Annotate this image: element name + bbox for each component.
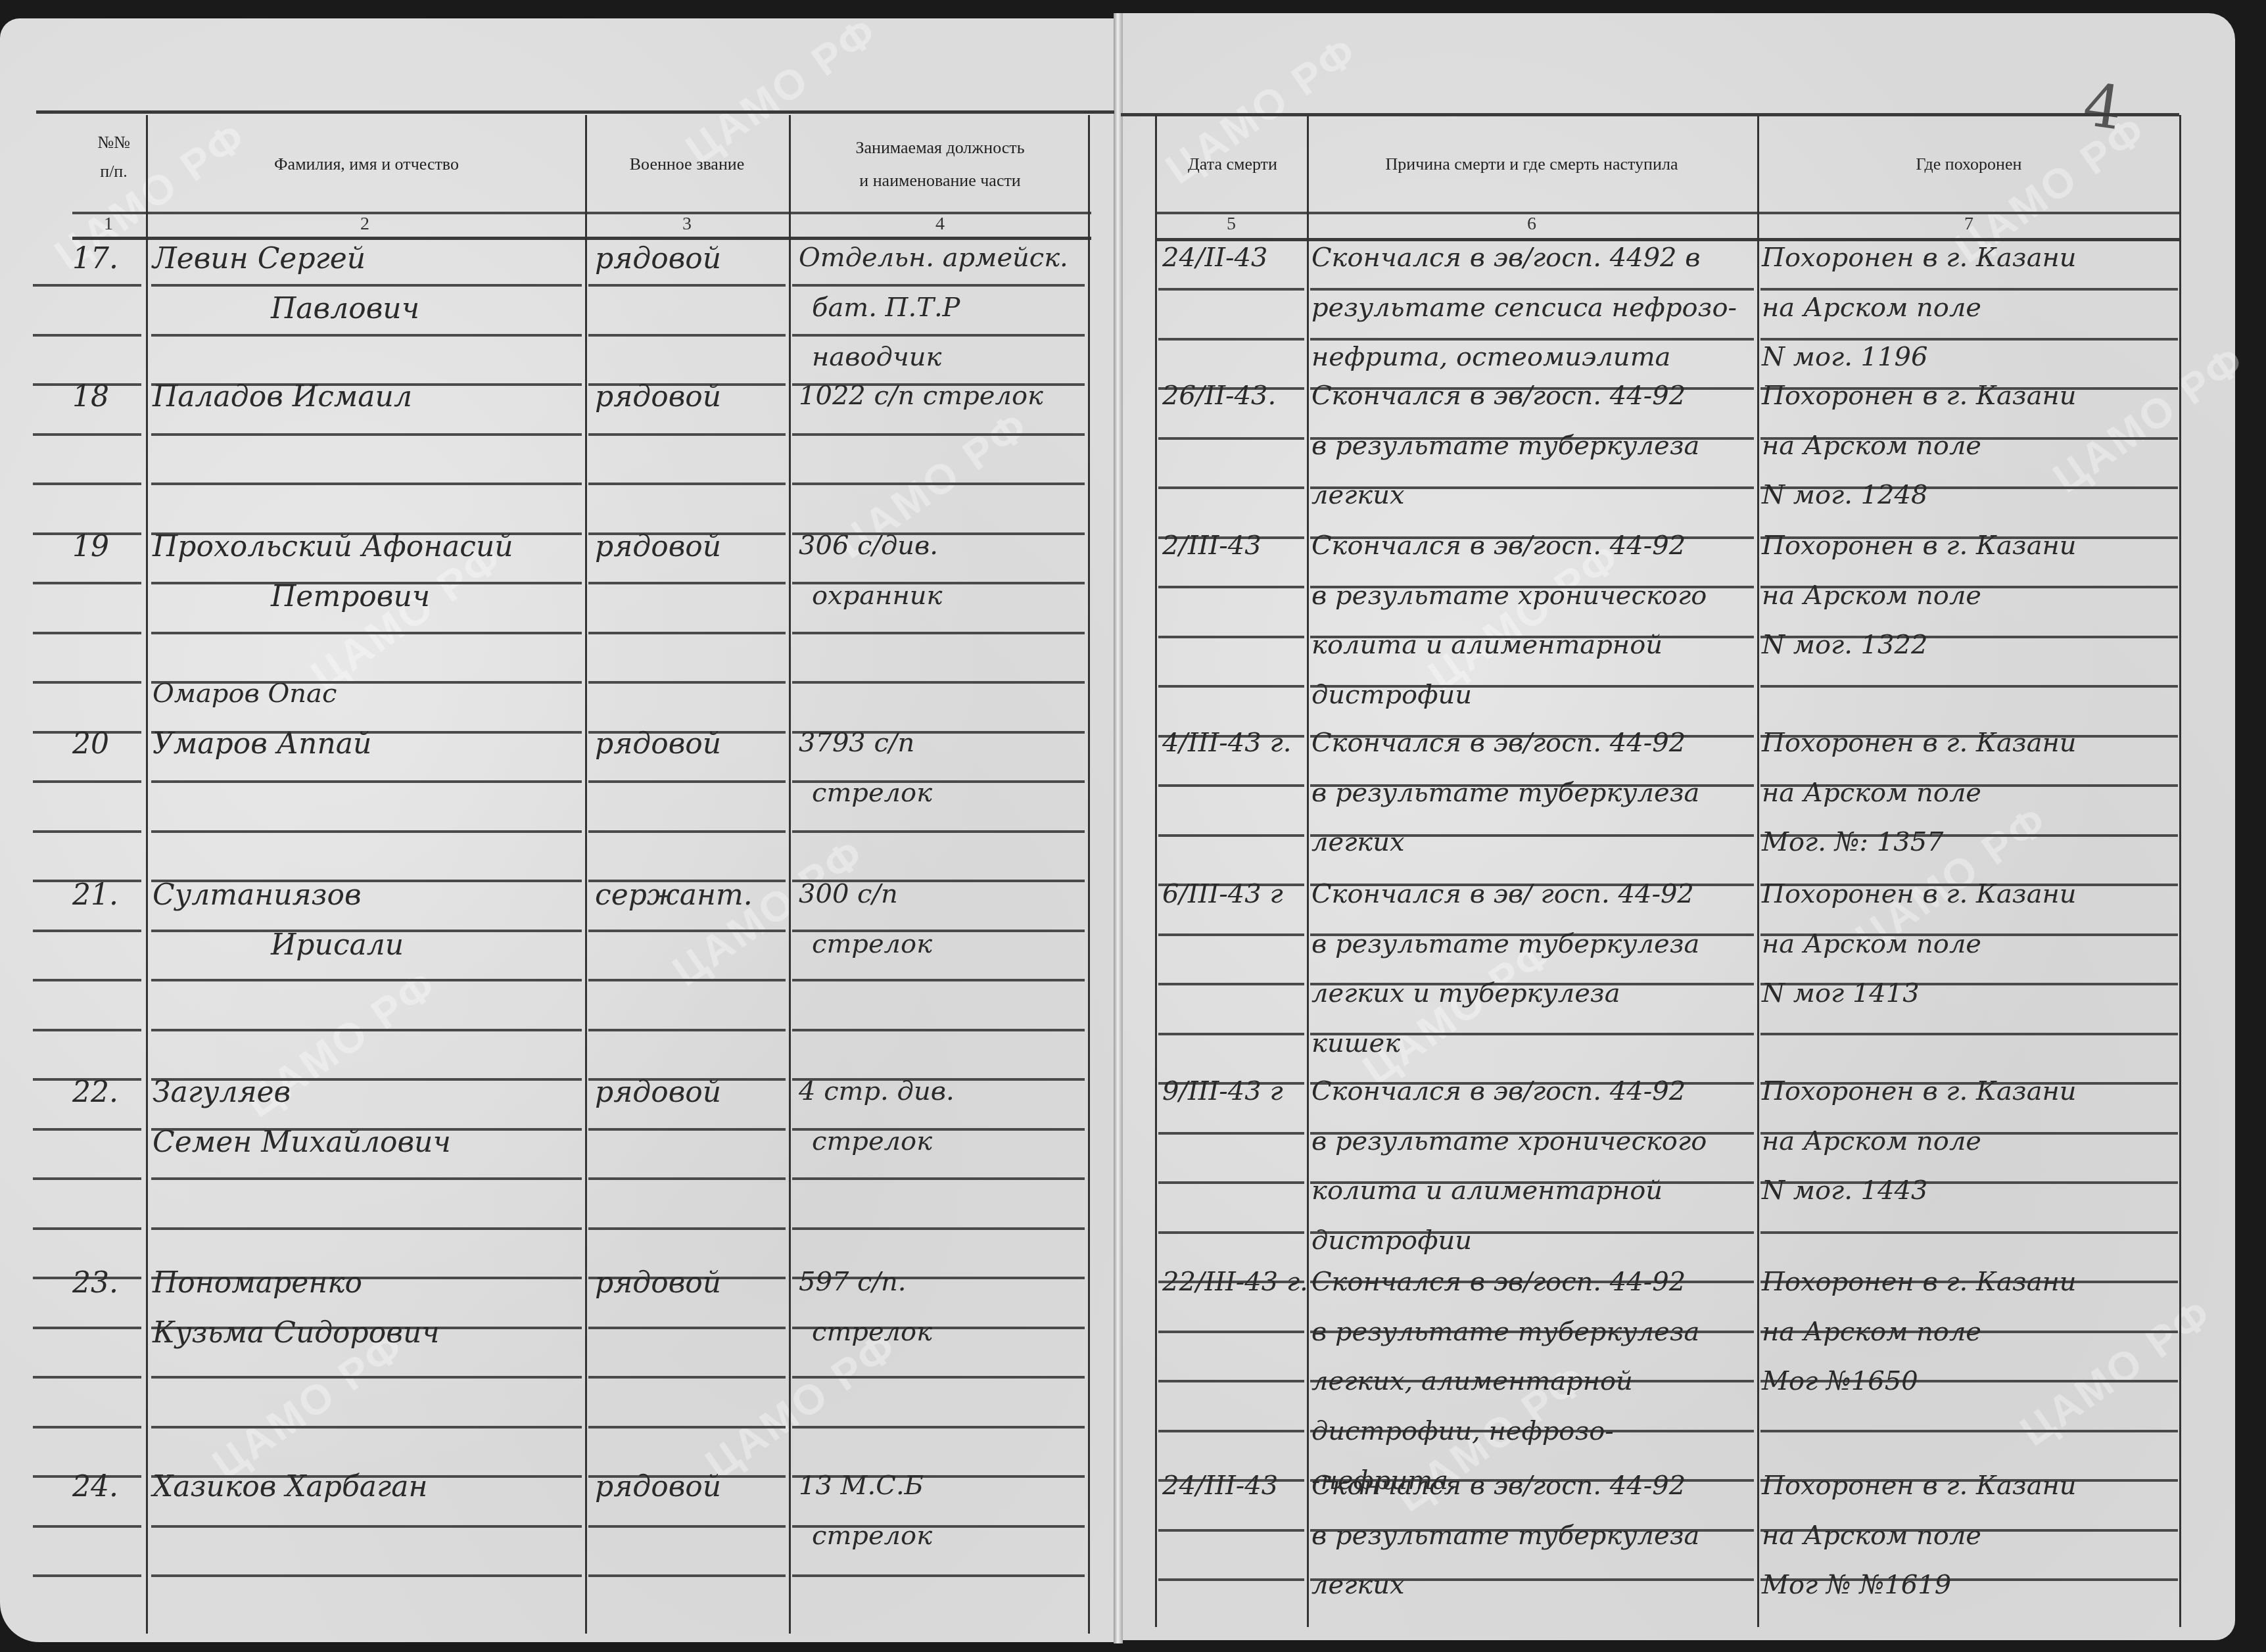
death-date: 22/III-43 г. <box>1162 1269 1308 1295</box>
ruled-line <box>1158 933 1304 936</box>
ruled-line <box>792 1177 1085 1180</box>
ruled-line <box>33 1426 141 1428</box>
ruled-line <box>151 830 582 833</box>
death-cause: Скончался в эв/госп. 4492 в <box>1311 245 1701 271</box>
ruled-line <box>1158 1331 1304 1333</box>
soldier-name: Ирисали <box>271 931 404 960</box>
ruled-line <box>588 1128 786 1131</box>
header-col-number-line1: №№ <box>78 128 150 157</box>
ruled-line <box>33 1376 141 1379</box>
header-col-name: Фамилия, имя и отчество <box>148 148 585 181</box>
ruled-line <box>33 930 141 932</box>
header-col-number: №№ п/п. <box>78 128 150 186</box>
unit-position: наводчик <box>812 344 941 370</box>
death-cause: в результате хронического <box>1311 582 1707 609</box>
row-number: 24. <box>72 1473 118 1501</box>
burial-place: Похоронен в г. Казани <box>1762 730 2077 756</box>
ruled-line <box>588 1426 786 1428</box>
unit-position: стрелок <box>812 1319 932 1345</box>
burial-place: на Арском поле <box>1762 780 1981 806</box>
military-rank: рядовой <box>595 532 721 561</box>
ruled-line <box>151 433 582 436</box>
ruled-line <box>151 1525 582 1528</box>
ruled-line <box>792 1029 1085 1031</box>
ruled-line <box>33 483 141 485</box>
ruled-line <box>792 681 1085 684</box>
unit-position: 597 с/п. <box>799 1269 906 1295</box>
ruled-line <box>588 1525 786 1528</box>
ruled-line <box>792 433 1085 436</box>
ruled-line <box>1158 437 1304 440</box>
ruled-line <box>151 1029 582 1031</box>
ruled-line <box>1158 1132 1304 1135</box>
ruled-line <box>1158 1380 1304 1382</box>
header-sub-rule-right <box>1157 212 2179 214</box>
ruled-line <box>151 1177 582 1180</box>
burial-place: на Арском поле <box>1762 931 1981 957</box>
burial-place: Похоронен в г. Казани <box>1762 1269 2077 1295</box>
ruled-line <box>588 632 786 634</box>
ruled-line <box>33 1227 141 1230</box>
unit-position: стрелок <box>812 1128 932 1154</box>
unit-position: 3793 с/п <box>799 730 914 756</box>
ruled-line <box>588 334 786 337</box>
death-cause: в результате хронического <box>1311 1128 1707 1154</box>
header-column-number: 7 <box>1949 214 1989 235</box>
unit-position: стрелок <box>812 1522 932 1549</box>
unit-position: 1022 с/п стрелок <box>799 383 1043 409</box>
ruled-line <box>151 1574 582 1577</box>
death-cause: Скончался в эв/госп. 44-92 <box>1311 1078 1686 1104</box>
burial-place: N мог. 1322 <box>1762 632 1927 658</box>
death-cause: кишек <box>1311 1030 1400 1056</box>
ruled-line <box>33 1177 141 1180</box>
ruled-line <box>792 334 1085 337</box>
death-date: 4/III-43 г. <box>1162 730 1291 756</box>
death-cause: нефрита, остеомиэлита <box>1311 344 1670 370</box>
ruled-line <box>33 582 141 584</box>
ruled-line <box>151 632 582 634</box>
soldier-name: Султаниязов <box>153 881 362 910</box>
ruled-line <box>1760 338 2178 341</box>
ruled-line <box>33 780 141 783</box>
soldier-name: Кузьма Сидорович <box>153 1319 440 1348</box>
ruled-line <box>588 1177 786 1180</box>
unit-position: бат. П.Т.Р <box>812 295 960 321</box>
row-number: 17. <box>72 245 118 273</box>
soldier-name: Прохольский Афонасий <box>153 532 513 561</box>
ruled-line <box>151 1426 582 1428</box>
burial-place: Мог № №1619 <box>1762 1572 1951 1598</box>
death-cause: в результате туберкулеза <box>1311 1319 1699 1345</box>
ruled-line <box>151 1376 582 1379</box>
death-cause: дистрофии <box>1311 1227 1472 1254</box>
header-top-rule-right <box>1121 113 2179 116</box>
row-number: 20 <box>72 730 109 759</box>
death-cause: дистрофии, нефрозо- <box>1311 1418 1614 1444</box>
soldier-name: Левин Сергей <box>153 245 366 273</box>
vline-col3 <box>789 115 791 1634</box>
vline-col1 <box>146 115 148 1634</box>
ruled-line <box>151 483 582 485</box>
unit-position: охранник <box>812 582 942 609</box>
header-column-number: 4 <box>920 214 960 235</box>
ruled-line <box>1760 1231 2178 1234</box>
ruled-line <box>1158 1430 1304 1432</box>
unit-position: 306 с/див. <box>799 532 938 559</box>
burial-place: на Арском поле <box>1762 582 1981 609</box>
ruled-line <box>792 1227 1085 1230</box>
military-rank: рядовой <box>595 1473 721 1501</box>
burial-place: Мог №1650 <box>1762 1368 1918 1394</box>
ruled-line <box>151 284 582 287</box>
vline-col5-left <box>1155 115 1157 1627</box>
header-column-number: 5 <box>1212 214 1251 235</box>
ruled-line <box>1158 784 1304 787</box>
vline-col7 <box>2179 115 2181 1627</box>
death-cause: Скончался в эв/госп. 44-92 <box>1311 1473 1686 1499</box>
ruled-line <box>1760 1430 2178 1432</box>
header-col-date: Дата смерти <box>1157 148 1308 181</box>
death-cause: в результате туберкулеза <box>1311 780 1699 806</box>
ruled-line <box>792 284 1085 287</box>
ruled-line <box>588 681 786 684</box>
header-col-rank: Военное звание <box>585 148 789 181</box>
ruled-line <box>1760 1033 2178 1035</box>
ruled-line <box>1158 1529 1304 1532</box>
death-cause: легких, алиментарной <box>1311 1368 1633 1394</box>
burial-place: на Арском поле <box>1762 1128 1981 1154</box>
header-top-rule <box>36 110 1114 114</box>
book-spine <box>1114 13 1123 1643</box>
header-column-number: 6 <box>1512 214 1551 235</box>
ruled-line <box>33 979 141 981</box>
ruled-line <box>1760 288 2178 291</box>
ruled-line <box>33 433 141 436</box>
burial-place: Похоронен в г. Казани <box>1762 383 2077 409</box>
ruled-line <box>588 1376 786 1379</box>
soldier-name: Паладов Исмаил <box>153 383 412 412</box>
soldier-name: Умаров Аппай <box>153 730 371 759</box>
unit-position: стрелок <box>812 931 932 957</box>
death-cause: Скончался в эв/госп. 44-92 <box>1311 383 1686 409</box>
death-cause: дистрофии <box>1311 682 1472 708</box>
burial-place: N мог. 1248 <box>1762 482 1927 508</box>
burial-place: N мог 1413 <box>1762 980 1920 1006</box>
ruled-line <box>33 334 141 337</box>
death-cause: в результате туберкулеза <box>1311 931 1699 957</box>
row-number: 19 <box>72 532 109 561</box>
death-cause: легких <box>1311 829 1405 855</box>
soldier-name: Загуляев <box>153 1078 291 1107</box>
death-date: 26/II-43. <box>1162 383 1276 409</box>
ruled-line <box>151 1227 582 1230</box>
vline-col2 <box>585 115 587 1634</box>
ruled-line <box>792 830 1085 833</box>
death-date: 2/III-43 <box>1162 532 1262 559</box>
ruled-line <box>1158 338 1304 341</box>
burial-place: Похоронен в г. Казани <box>1762 245 2077 271</box>
ruled-line <box>588 979 786 981</box>
ruled-line <box>792 632 1085 634</box>
ruled-line <box>588 1227 786 1230</box>
burial-place: Мог. №: 1357 <box>1762 829 1944 855</box>
ruled-line <box>1760 685 2178 688</box>
header-bottom-rule-right <box>1157 238 2179 241</box>
soldier-name: Павлович <box>271 295 419 323</box>
ruled-line <box>588 483 786 485</box>
ruled-line <box>33 1327 141 1329</box>
soldier-name: Петрович <box>271 582 430 611</box>
header-col-burial: Где похоронен <box>1759 148 2179 181</box>
ruled-line <box>588 780 786 783</box>
ruled-line <box>1310 338 1754 341</box>
header-col-position-line1: Занимаемая должность <box>789 131 1091 164</box>
ruled-line <box>33 284 141 287</box>
ruled-line <box>588 433 786 436</box>
burial-place: Похоронен в г. Казани <box>1762 881 2077 907</box>
row-number: 21. <box>72 881 118 910</box>
ruled-line <box>1158 983 1304 985</box>
header-column-number: 2 <box>345 214 385 235</box>
ruled-line <box>33 632 141 634</box>
unit-position: 13 М.С.Б <box>799 1473 924 1499</box>
unit-position: Отдельн. армейск. <box>799 245 1068 271</box>
burial-place: на Арском поле <box>1762 1319 1981 1345</box>
header-bottom-rule-left <box>72 237 1091 240</box>
ruled-line <box>33 1029 141 1031</box>
ruled-line <box>1158 586 1304 588</box>
ruled-line <box>33 1574 141 1577</box>
header-column-number: 3 <box>667 214 707 235</box>
ruled-line <box>588 1574 786 1577</box>
unit-position: 4 стр. див. <box>799 1078 955 1104</box>
military-rank: рядовой <box>595 730 721 759</box>
ruled-line <box>1158 1578 1304 1581</box>
death-cause: Скончался в эв/госп. 44-92 <box>1311 730 1686 756</box>
death-cause: Скончался в эв/ госп. 44-92 <box>1311 881 1694 907</box>
death-cause: в результате туберкулеза <box>1311 433 1699 459</box>
ruled-line <box>792 979 1085 981</box>
vline-col6 <box>1757 115 1759 1627</box>
header-column-number: 1 <box>89 214 128 235</box>
header-col-position-line2: и наименование части <box>789 164 1091 197</box>
ruled-line <box>792 1574 1085 1577</box>
ruled-line <box>1158 288 1304 291</box>
death-cause: Скончался в эв/госп. 44-92 <box>1311 1269 1686 1295</box>
ruled-line <box>792 483 1085 485</box>
death-cause: колита и алиментарной <box>1311 1177 1663 1204</box>
death-date: 24/III-43 <box>1162 1473 1278 1499</box>
soldier-name: Хазиков Харбаган <box>153 1473 428 1501</box>
vline-col4 <box>1088 115 1090 1634</box>
ruled-line <box>1158 685 1304 688</box>
ruled-line <box>1158 834 1304 837</box>
ruled-line <box>792 1426 1085 1428</box>
ruled-line <box>1158 486 1304 489</box>
ruled-line <box>1310 288 1754 291</box>
row-number: 23. <box>72 1269 118 1298</box>
name-correction: Омаров Опас <box>153 680 337 707</box>
burial-place: на Арском поле <box>1762 1522 1981 1549</box>
burial-place: N мог. 1443 <box>1762 1177 1927 1204</box>
ruled-line <box>151 334 582 337</box>
burial-place: на Арском поле <box>1762 433 1981 459</box>
ruled-line <box>588 830 786 833</box>
ruled-line <box>33 1525 141 1528</box>
ruled-line <box>33 830 141 833</box>
header-col-number-line2: п/п. <box>78 157 150 186</box>
death-date: 24/II-43 <box>1162 245 1267 271</box>
ruled-line <box>151 979 582 981</box>
death-date: 6/III-43 г <box>1162 881 1283 907</box>
ruled-line <box>33 681 141 684</box>
ruled-line <box>151 780 582 783</box>
ruled-line <box>1158 1033 1304 1035</box>
burial-place: Похоронен в г. Казани <box>1762 532 2077 559</box>
death-cause: результате сепсиса нефрозо- <box>1311 295 1737 321</box>
unit-position: 300 с/п <box>799 881 898 907</box>
death-cause: Скончался в эв/госп. 44-92 <box>1311 532 1686 559</box>
ruled-line <box>792 1376 1085 1379</box>
death-cause: легких и туберкулеза <box>1311 980 1620 1006</box>
vline-col5 <box>1307 115 1309 1627</box>
soldier-name: Семен Михайлович <box>153 1128 451 1157</box>
ruled-line <box>1158 1181 1304 1184</box>
ruled-line <box>1158 1231 1304 1234</box>
death-cause: легких <box>1311 482 1405 508</box>
death-cause: легких <box>1311 1572 1405 1598</box>
burial-place: Похоронен в г. Казани <box>1762 1473 2077 1499</box>
military-rank: рядовой <box>595 1078 721 1107</box>
ruled-line <box>588 930 786 932</box>
ruled-line <box>588 1327 786 1329</box>
military-rank: рядовой <box>595 245 721 273</box>
burial-place: Похоронен в г. Казани <box>1762 1078 2077 1104</box>
ruled-line <box>33 1128 141 1131</box>
death-date: 9/III-43 г <box>1162 1078 1283 1104</box>
burial-place: на Арском поле <box>1762 295 1981 321</box>
military-rank: рядовой <box>595 1269 721 1298</box>
ruled-line <box>588 284 786 287</box>
unit-position: стрелок <box>812 780 932 806</box>
military-rank: сержант. <box>595 881 753 910</box>
header-col-cause: Причина смерти и где смерть наступила <box>1308 148 1755 181</box>
row-number: 22. <box>72 1078 118 1107</box>
death-cause: колита и алиментарной <box>1311 632 1663 658</box>
death-cause: в результате туберкулеза <box>1311 1522 1699 1549</box>
ruled-line <box>588 1029 786 1031</box>
burial-place: N мог. 1196 <box>1762 344 1927 370</box>
soldier-name: Пономаренко <box>153 1269 362 1298</box>
ruled-line <box>1158 636 1304 638</box>
ruled-line <box>588 582 786 584</box>
military-rank: рядовой <box>595 383 721 412</box>
header-col-position: Занимаемая должность и наименование част… <box>789 131 1091 197</box>
row-number: 18 <box>72 383 109 412</box>
